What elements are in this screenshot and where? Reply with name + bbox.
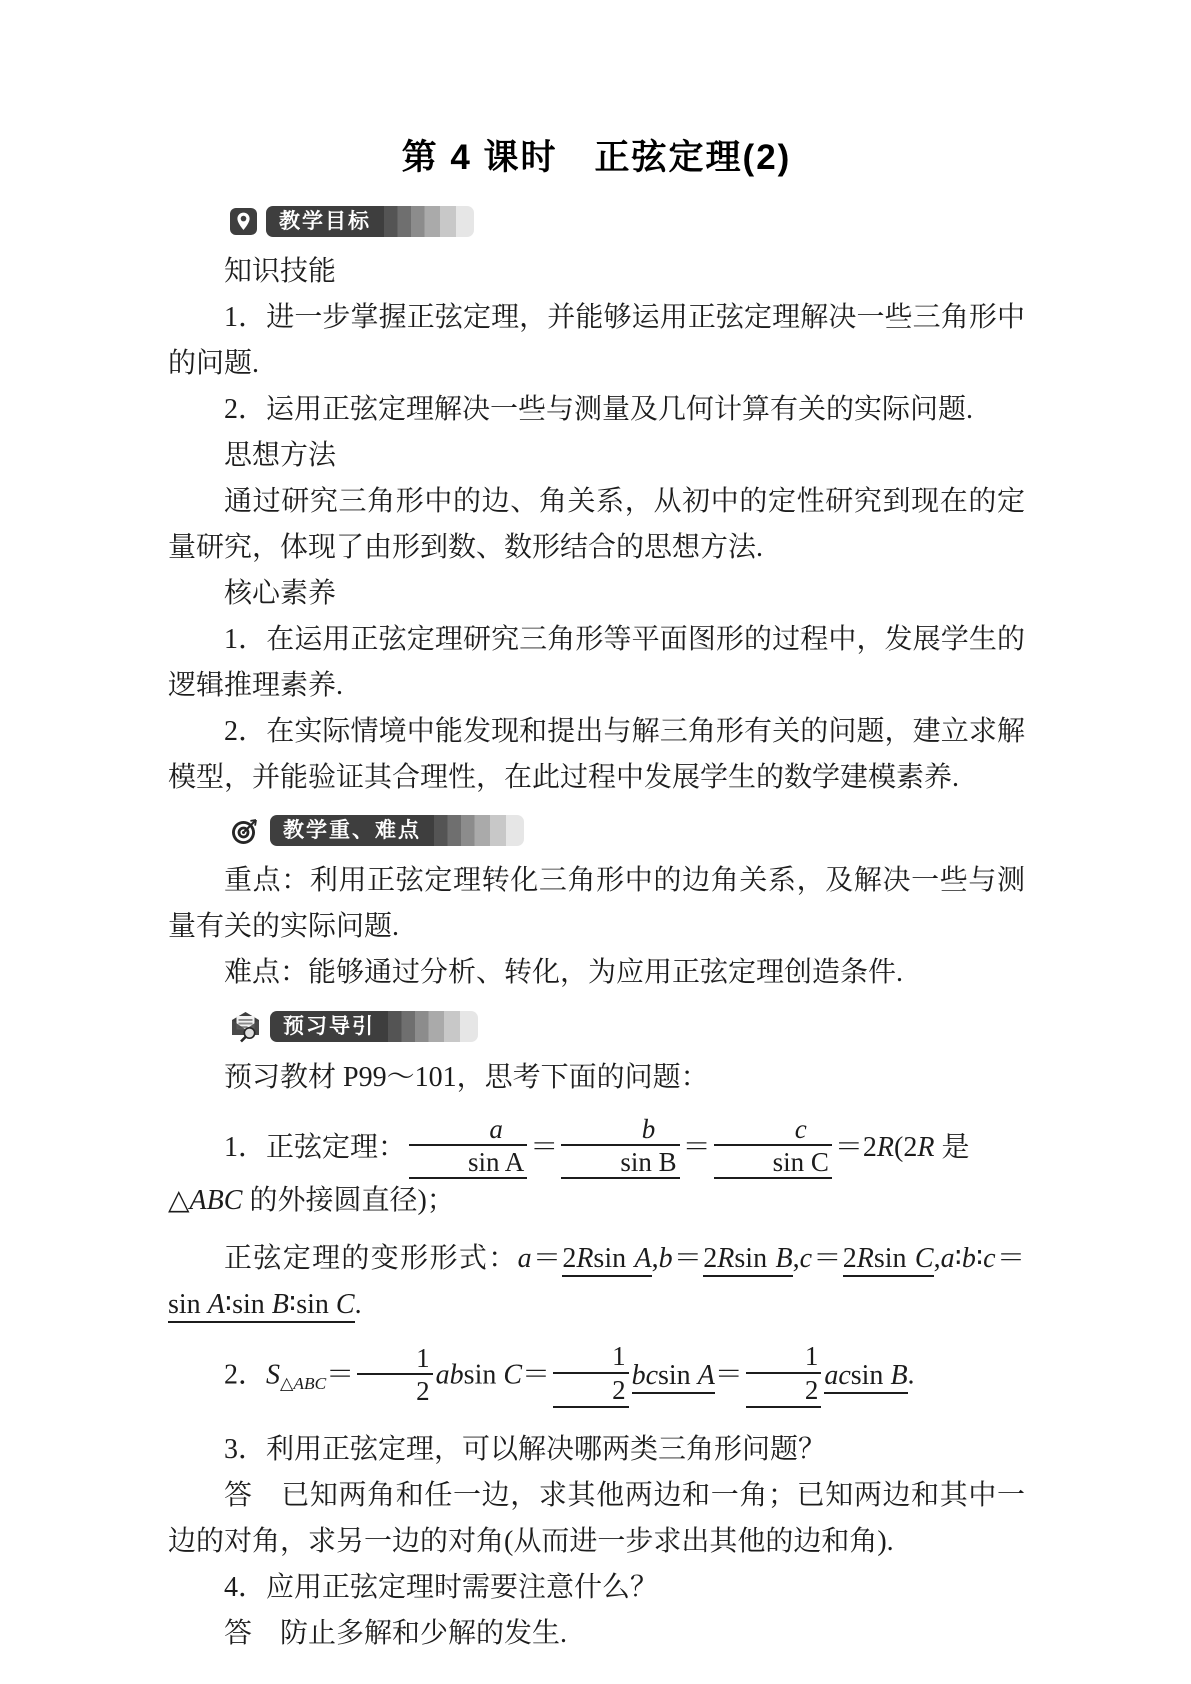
math-fraction: 12 <box>357 1343 433 1406</box>
math-run: ＝ <box>522 1360 550 1391</box>
badge-gradient-tail <box>388 1011 478 1042</box>
math-run: ＝ <box>673 1243 704 1274</box>
badge-preview-label: 预习导引 <box>270 1011 388 1042</box>
location-pin-icon <box>230 208 257 235</box>
badge-preview: 预习导引 <box>270 1011 478 1042</box>
math-run: b <box>962 1243 976 1274</box>
knowledge-item-2: 2．运用正弦定理解决一些与测量及几何计算有关的实际问题. <box>168 387 1025 433</box>
mail-search-icon <box>230 1010 261 1043</box>
formula-sine-theorem: 1．正弦定理：asin A＝bsin B＝csin C＝2R(2R 是△ABC … <box>168 1117 1025 1220</box>
badge-objectives-label: 教学目标 <box>266 206 384 237</box>
math-run: sin <box>593 1243 634 1277</box>
formula-variant-forms: 正弦定理的变形形式：a＝2Rsin A,b＝2Rsin B,c＝2Rsin C,… <box>168 1236 1025 1328</box>
math-run: a <box>941 1243 955 1274</box>
math-run: sin <box>464 1360 504 1391</box>
document-page: 第 4 课时 正弦定理(2) 教学目标 知识技能 1．进一步掌握正弦定理，并能够… <box>0 0 1191 1684</box>
math-run: B <box>890 1360 907 1394</box>
formula-triangle-area: 2．S△ABC＝12absin C＝12bcsin A＝12acsin B. <box>168 1344 1025 1410</box>
math-run: R <box>877 1132 894 1163</box>
math-fraction: asin A <box>409 1114 527 1179</box>
math-run: , <box>793 1243 800 1274</box>
section-header-preview: 预习导引 <box>230 1010 1025 1043</box>
difficulty-text: 难点：能够通过分析、转化，为应用正弦定理创造条件. <box>168 950 1025 996</box>
math-run: R <box>717 1243 734 1277</box>
math-run: ＝ <box>715 1360 743 1391</box>
section-header-objectives: 教学目标 <box>230 206 1025 237</box>
math-run: , <box>934 1243 941 1274</box>
math-fraction: 12 <box>746 1341 822 1407</box>
method-text: 通过研究三角形中的边、角关系，从初中的定性研究到现在的定量研究，体现了由形到数、… <box>168 479 1025 571</box>
math-run: b <box>659 1243 673 1274</box>
question-3: 3．利用正弦定理，可以解决哪两类三角形问题？ <box>168 1427 1025 1473</box>
math-run: 正弦定理的变形形式： <box>224 1243 518 1274</box>
badge-objectives: 教学目标 <box>266 206 474 237</box>
literacy-heading: 核心素养 <box>168 571 1025 617</box>
math-run: R <box>857 1243 874 1277</box>
math-run: 2 <box>703 1243 717 1277</box>
math-run: ＝ <box>326 1360 354 1391</box>
math-run: . <box>355 1289 362 1320</box>
knowledge-skills-heading: 知识技能 <box>168 249 1025 295</box>
math-run: ＝2 <box>835 1132 877 1163</box>
math-run: sin <box>734 1243 775 1277</box>
math-run: sin <box>874 1243 915 1277</box>
math-run: sin <box>296 1289 336 1323</box>
math-run: △ABC <box>280 1374 326 1393</box>
math-run: sin <box>232 1289 272 1323</box>
math-run: a <box>518 1243 532 1274</box>
math-run: c <box>983 1243 995 1274</box>
math-run: C <box>915 1243 934 1277</box>
target-icon <box>230 815 261 846</box>
math-run: B <box>272 1289 289 1323</box>
math-run: ＝ <box>683 1132 711 1163</box>
badge-key-points-label: 教学重、难点 <box>270 815 434 846</box>
math-fraction: bsin B <box>561 1114 679 1179</box>
math-run: A <box>208 1289 225 1323</box>
math-run: ＝ <box>812 1243 843 1274</box>
math-run: A <box>698 1360 715 1394</box>
math-run: ∶ <box>225 1289 232 1323</box>
math-run: C <box>503 1360 522 1391</box>
method-heading: 思想方法 <box>168 433 1025 479</box>
math-run: ∶ <box>955 1243 962 1274</box>
math-run: , <box>652 1243 659 1274</box>
answer-4: 答 防止多解和少解的发生. <box>168 1611 1025 1657</box>
math-run: ＝ <box>996 1243 1025 1274</box>
math-run: B <box>775 1243 792 1277</box>
math-run: A <box>634 1243 651 1277</box>
math-run: R <box>576 1243 593 1277</box>
math-run: ab <box>436 1360 464 1391</box>
math-fraction: 12 <box>553 1341 629 1407</box>
math-run: ABC <box>190 1185 243 1216</box>
math-run: c <box>800 1243 812 1274</box>
math-run: ＝ <box>530 1132 558 1163</box>
page-title: 第 4 课时 正弦定理(2) <box>168 130 1025 180</box>
badge-gradient-tail <box>384 206 474 237</box>
math-run: C <box>336 1289 355 1323</box>
math-run: R <box>917 1132 934 1163</box>
answer-3: 答 已知两角和任一边，求其他两边和一角；已知两边和其中一边的对角，求另一边的对角… <box>168 1473 1025 1565</box>
math-run: 2 <box>843 1243 857 1277</box>
math-run: 1．正弦定理： <box>224 1132 406 1163</box>
question-4: 4．应用正弦定理时需要注意什么？ <box>168 1565 1025 1611</box>
math-run: ＝ <box>532 1243 563 1274</box>
math-run: S <box>266 1360 280 1391</box>
preview-intro: 预习教材 P99～101，思考下面的问题： <box>168 1055 1025 1101</box>
math-run: (2 <box>894 1132 917 1163</box>
math-run: . <box>908 1360 915 1391</box>
math-run: sin <box>658 1360 698 1394</box>
section-header-key-points: 教学重、难点 <box>230 815 1025 846</box>
literacy-item-1: 1．在运用正弦定理研究三角形等平面图形的过程中，发展学生的逻辑推理素养. <box>168 617 1025 709</box>
key-point-text: 重点：利用正弦定理转化三角形中的边角关系，及解决一些与测量有关的实际问题. <box>168 858 1025 950</box>
badge-key-points: 教学重、难点 <box>270 815 524 846</box>
badge-gradient-tail <box>434 815 524 846</box>
knowledge-item-1: 1．进一步掌握正弦定理，并能够运用正弦定理解决一些三角形中的问题. <box>168 295 1025 387</box>
math-run: 2 <box>562 1243 576 1277</box>
literacy-item-2: 2．在实际情境中能发现和提出与解三角形有关的问题，建立求解模型，并能验证其合理性… <box>168 709 1025 801</box>
math-run: ac <box>824 1360 850 1394</box>
math-run: bc <box>632 1360 658 1394</box>
math-fraction: csin C <box>714 1114 832 1179</box>
math-run: 2． <box>224 1360 266 1391</box>
math-run: 的外接圆直径)； <box>242 1185 454 1216</box>
math-run: sin <box>168 1289 208 1323</box>
math-run: sin <box>851 1360 891 1394</box>
